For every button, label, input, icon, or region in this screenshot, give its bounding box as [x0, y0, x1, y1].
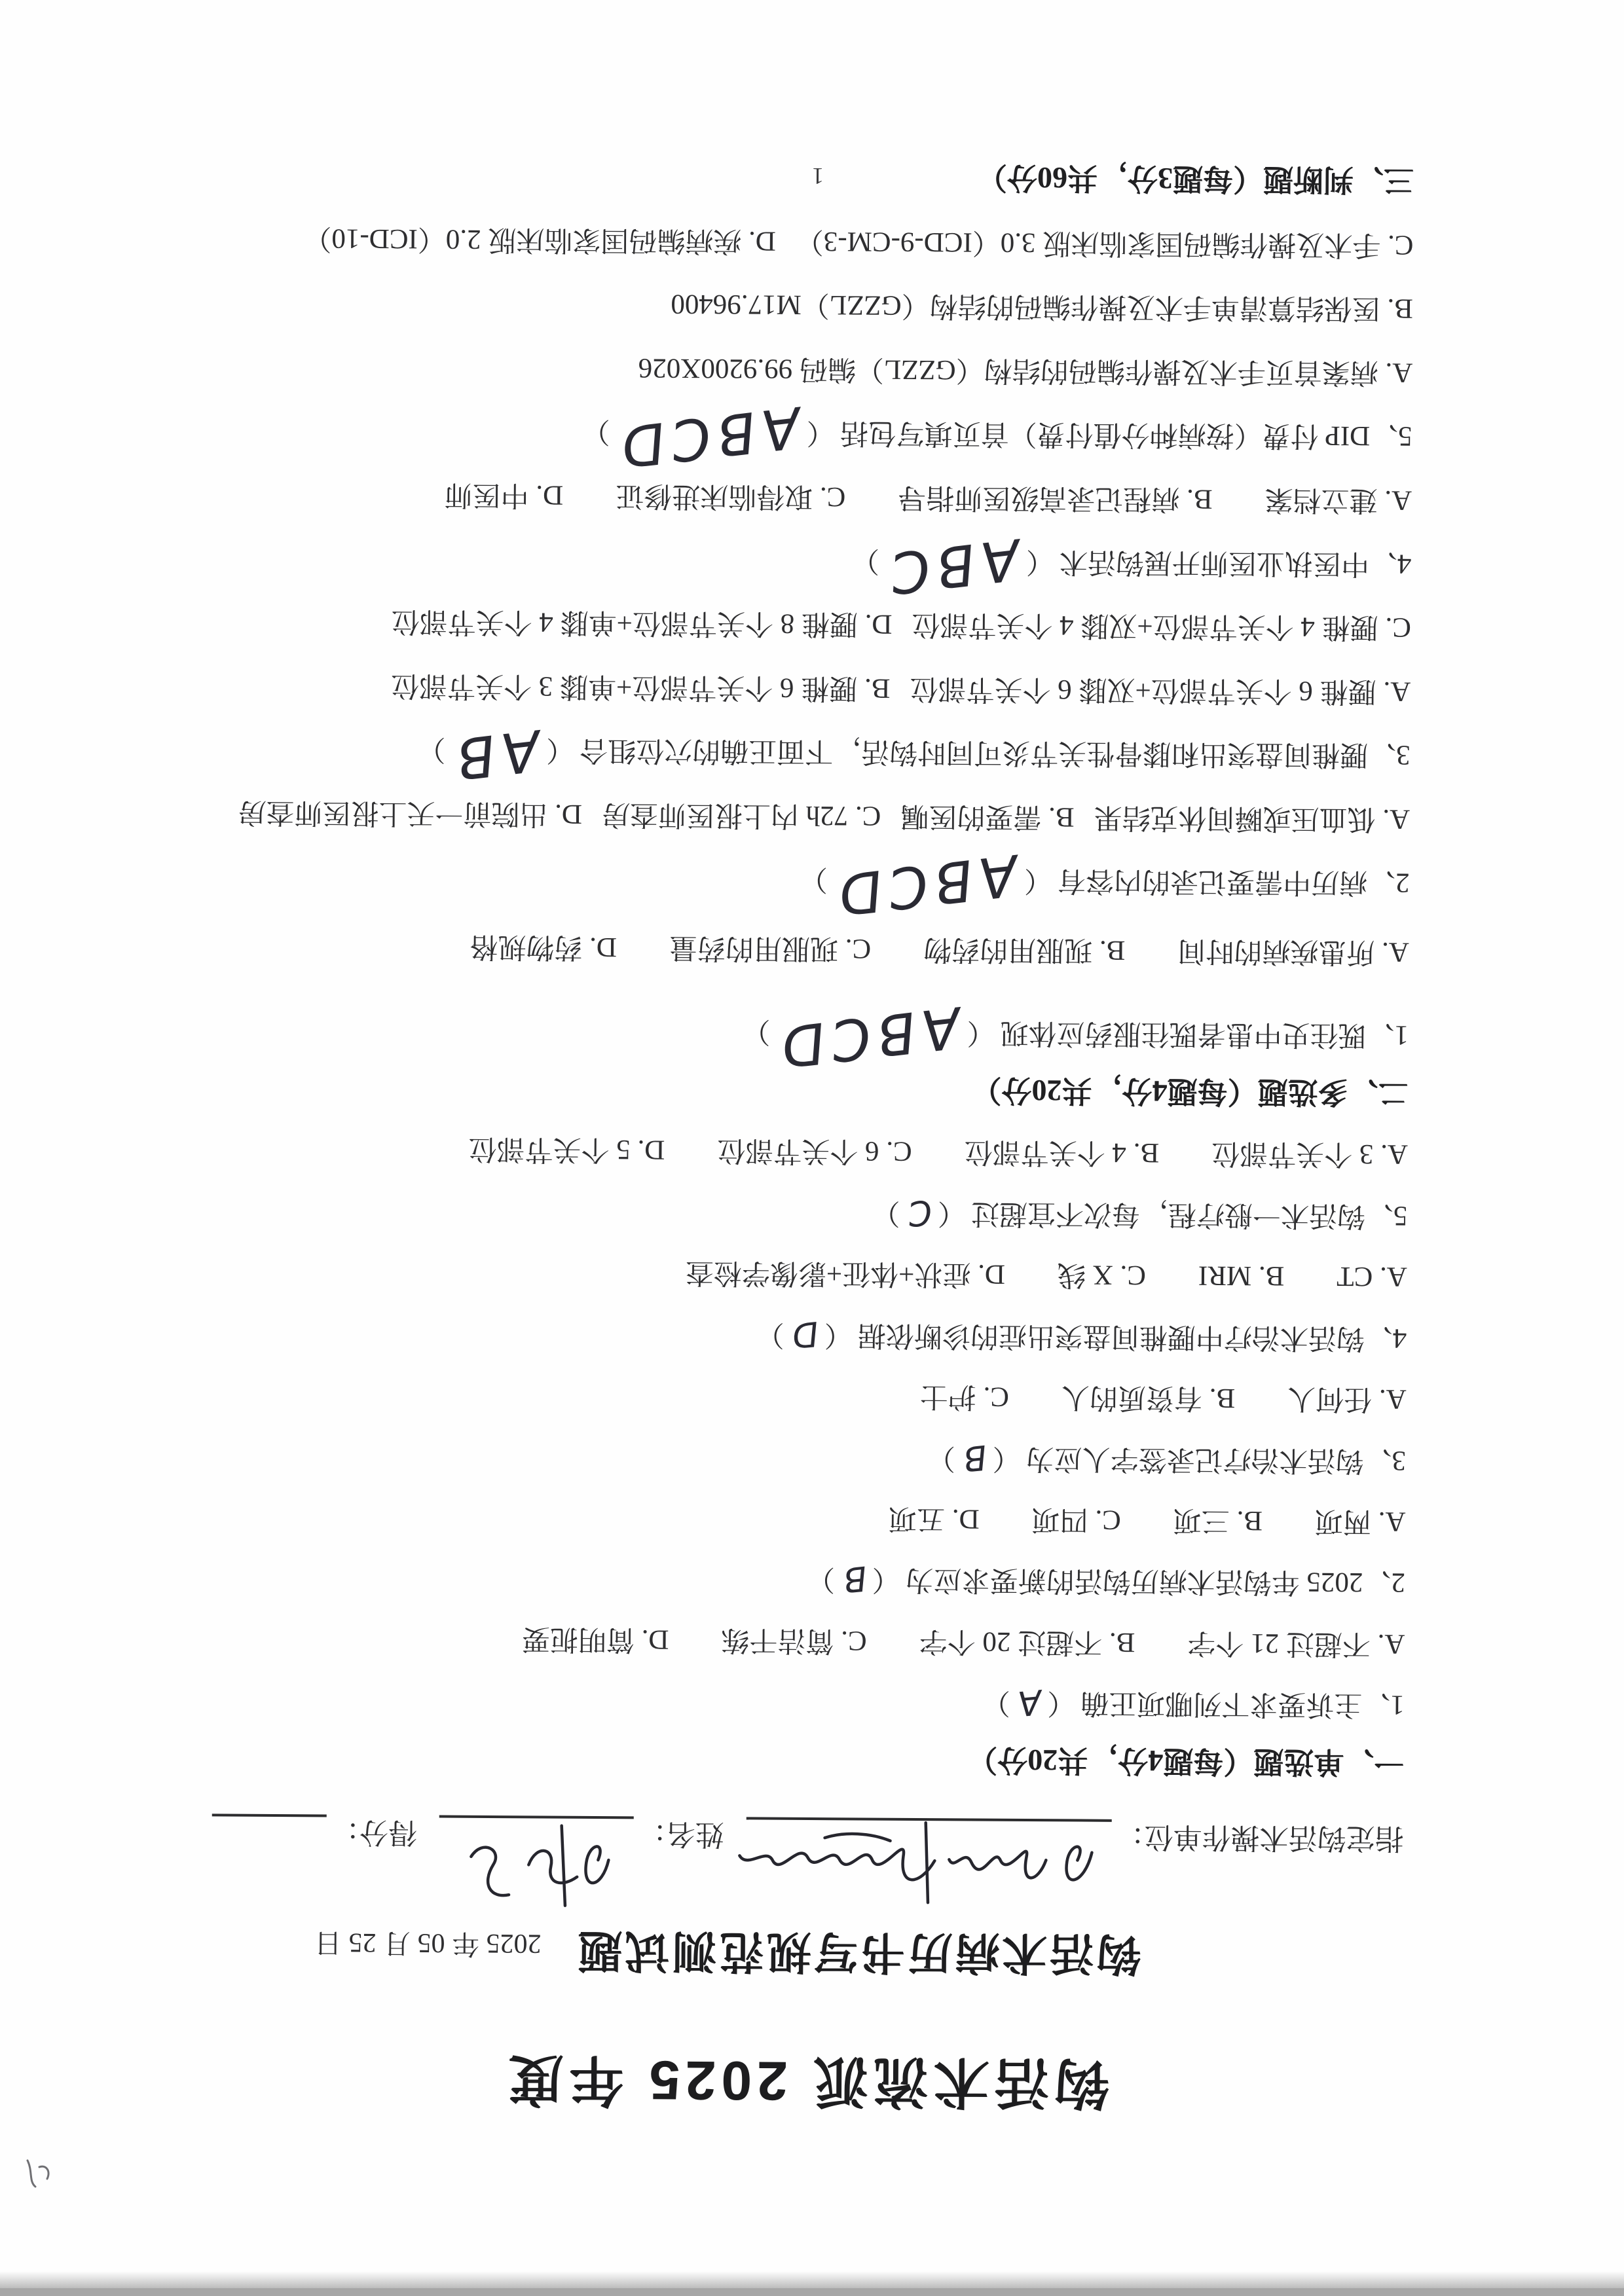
question-block: 1、既往史中患者既往服药应体现（ABCD）A. 所患疾病的时间B. 现服用的药物…: [217, 928, 1409, 1051]
question-stem: 5、DIP 付费（按病种分值付费）首页填写包括: [840, 417, 1412, 451]
option-row: A. 病案首页手术及操作编码的结构（GZZL）编码 99.9200X026: [221, 349, 1412, 389]
question-block: 2、病历中需要记录的内容有（ABCD）A. 低血压或瞬间休克结果B. 需要的医嘱…: [217, 795, 1410, 899]
sections: 一、单选题（每题4分，共20分）1、主诉要求下列哪项正确（A）A. 不超过 21…: [212, 155, 1414, 1779]
option-item: B. 医保结算清单手术及操作编码的结构（GZZL）M17.96400: [671, 287, 1413, 324]
question-stem-line: 5、钩活术一般疗程，每次不宜超过（C）: [215, 1192, 1407, 1232]
answer-handwritten: AB: [451, 749, 540, 759]
answer-handwritten: B: [840, 1578, 866, 1580]
question-block: 1、主诉要求下列哪项正确（A）A. 不超过 21 个字B. 不超过 20 个字C…: [213, 1620, 1405, 1721]
option-item: B. 现服用的药物: [923, 932, 1125, 966]
option-item: A. 建立档案: [1264, 483, 1412, 516]
question-stem-line: 1、主诉要求下列哪项正确（A）: [213, 1681, 1405, 1721]
option-item: C. 6 个关节部位: [717, 1134, 912, 1167]
answer-paren-close: ）: [846, 545, 885, 575]
candidate-info-row: 指定钩活术操作单位： 姓名： 得分：: [212, 1814, 1404, 1900]
answer-paren-open: （: [1042, 1687, 1080, 1718]
answer-paren-open: （: [541, 735, 580, 765]
scanner-edge-bar: [0, 2288, 1624, 2296]
answer-handwritten: D: [789, 1332, 819, 1335]
exam-document-rotated-180: 钩活术流派 2025 年度 钩活术病历书写规范测试题 2025 年 05 月 2…: [0, 0, 1624, 2296]
option-item: C. 腰椎 4 个关节部位+双膝 4 个关节部位: [912, 608, 1411, 644]
option-row: A. 两项B. 三项C. 四项D. 五项: [213, 1498, 1405, 1538]
question-block: 3、钩活术治疗记录签字人应为（B）A. 任何人B. 有资质的人C. 护士: [214, 1376, 1407, 1476]
option-item: A. 腰椎 6 个关节部位+双膝 6 个关节部位: [910, 672, 1411, 707]
option-item: D. 症状+体征+影像学检查: [686, 1256, 1005, 1290]
answer-handwritten: ABC: [885, 558, 1020, 574]
scanner-edge-shadow: [0, 2271, 1624, 2288]
option-item: B. 4 个关节部位: [965, 1135, 1160, 1169]
option-item: B. 需要的医嘱: [900, 799, 1074, 833]
question-stem-line: 3、钩活术治疗记录签字人应为（B）: [214, 1437, 1406, 1477]
answer-paren-close: ）: [794, 864, 833, 894]
option-item: B. 病程记录高级医师指导: [898, 481, 1212, 515]
question-stem: 4、中医执业医师开展钩活术: [1060, 546, 1412, 579]
question-stem-line: 2、病历中需要记录的内容有（ABCD）: [217, 859, 1409, 899]
question-stem: 2、2025 年钩活术病历钩活的新要求应为: [906, 1564, 1406, 1598]
option-row: A. 任何人B. 有资质的人C. 护士: [215, 1376, 1407, 1415]
question-stem-line: 1、既往史中患者既往服药应体现（ABCD）: [217, 1011, 1409, 1051]
handwritten-unit-signature: [720, 1802, 1107, 1926]
option-item: A. 任何人: [1287, 1382, 1407, 1415]
question-block: 5、钩活术一般疗程，每次不宜超过（C）A. 3 个关节部位B. 4 个关节部位C…: [215, 1131, 1408, 1231]
option-item: D. 药物规格: [470, 930, 617, 963]
option-item: B. 不超过 20 个字: [919, 1624, 1135, 1658]
option-row: A. 低血压或瞬间休克结果B. 需要的医嘱C. 72h 内上报医师查房D. 出院…: [218, 795, 1410, 835]
answer-paren-open: （: [867, 1564, 906, 1595]
option-item: C. 手术及操作编码国家临床版 3.0（ICD-9-CM-3）: [796, 225, 1414, 261]
option-item: D. 5 个关节部位: [468, 1133, 665, 1166]
question-block: 5、DIP 付费（按病种分值付费）首页填写包括（ABCD）A. 病案首页手术及操…: [221, 221, 1414, 452]
option-row: A. 不超过 21 个字B. 不超过 20 个字C. 简洁干练D. 简明扼要: [213, 1620, 1405, 1660]
question-block: 4、中医执业医师开展钩活术（ABC）A. 建立档案B. 病程记录高级医师指导C.…: [219, 477, 1412, 580]
unit-label: 指定钩活术操作单位：: [1111, 1819, 1403, 1854]
option-item: B. MRI: [1198, 1259, 1285, 1292]
answer-paren-open: （: [932, 1197, 971, 1228]
answer-paren-close: ）: [802, 1563, 840, 1594]
answer-handwritten: ABCD: [616, 426, 800, 448]
option-item: B. 有资质的人: [1061, 1381, 1235, 1414]
exam-date: 2025 年 05 月 25 日: [314, 1926, 542, 1959]
answer-paren-close: ）: [412, 734, 451, 765]
option-item: A. 所患疾病的时间: [1177, 934, 1409, 968]
question-block: 3、腰椎间盘突出和膝骨性关节炎可同时钩活，下面正确的穴位组合（AB）A. 腰椎 …: [219, 604, 1411, 771]
option-row: A. CTB. MRIC. X 线D. 症状+体征+影像学检查: [215, 1253, 1407, 1293]
option-item: D. 腰椎 8 个关节部位+单膝 4 个关节部位: [392, 605, 893, 640]
page-title-year: 钩活术流派 2025 年度: [210, 2046, 1403, 2117]
scanned-exam-sheet: 钩活术流派 2025 年度 钩活术病历书写规范测试题 2025 年 05 月 2…: [0, 0, 1624, 2296]
option-row: A. 3 个关节部位B. 4 个关节部位C. 6 个关节部位D. 5 个关节部位: [216, 1131, 1408, 1171]
question-stem: 3、腰椎间盘突出和膝骨性关节炎可同时钩活，下面正确的穴位组合: [580, 735, 1411, 771]
question-stem: 4、钩活术治疗中腰椎间盘突出症的诊断依据: [858, 1319, 1407, 1353]
answer-handwritten: ABCD: [833, 874, 1018, 896]
answer-paren-open: （: [961, 1017, 1000, 1048]
option-item: D. 出院前一天上报医师查房: [238, 795, 582, 830]
option-item: C. 简洁干练: [721, 1624, 866, 1657]
option-item: D. 简明扼要: [522, 1622, 669, 1656]
option-row: C. 手术及操作编码国家临床版 3.0（ICD-9-CM-3）D. 疾病编码国家…: [221, 221, 1413, 261]
answer-paren-open: （: [802, 417, 840, 448]
option-row: A. 所患疾病的时间B. 现服用的药物C. 现服用的药量D. 药物规格: [217, 928, 1409, 968]
option-item: A. 两项: [1315, 1504, 1406, 1537]
name-blank: [439, 1815, 634, 1855]
unit-blank: [747, 1817, 1112, 1857]
section-heading: 一、单选题（每题4分，共20分）: [212, 1738, 1404, 1779]
answer-paren-close: ）: [576, 416, 615, 446]
question-stem: 1、既往史中患者既往服药应体现: [1000, 1017, 1409, 1051]
exam-title-row: 钩活术病历书写规范测试题 2025 年 05 月 25 日: [211, 1923, 1403, 1981]
option-item: A. 3 个关节部位: [1211, 1137, 1408, 1171]
answer-paren-close: ）: [737, 1015, 775, 1046]
answer-paren-close: ）: [977, 1687, 1016, 1718]
answer-paren-open: （: [1021, 546, 1060, 577]
option-item: B. 腰椎 6 个关节部位+单膝 3 个关节部位: [391, 668, 891, 704]
question-stem-line: 3、腰椎间盘突出和膝骨性关节炎可同时钩活，下面正确的穴位组合（AB）: [219, 731, 1411, 771]
score-blank: [212, 1814, 327, 1853]
question-stem-line: 4、钩活术治疗中腰椎间盘突出症的诊断依据（D）: [215, 1315, 1407, 1355]
option-item: A. 低血压或瞬间休克结果: [1094, 801, 1410, 835]
stray-pen-mark: [20, 2151, 72, 2197]
option-item: D. 中医师: [444, 478, 563, 511]
question-stem: 2、病历中需要记录的内容有: [1058, 865, 1410, 898]
option-item: C. 现服用的药量: [669, 931, 871, 964]
option-item: C. 取得临床进修证: [616, 479, 845, 513]
option-item: D. 五项: [889, 1502, 980, 1535]
option-row: A. 建立档案B. 病程记录高级医师指导C. 取得临床进修证D. 中医师: [220, 477, 1412, 517]
option-item: A. 病案首页手术及操作编码的结构（GZZL）编码 99.9200X026: [638, 352, 1413, 389]
answer-handwritten: B: [961, 1456, 987, 1459]
option-item: C. X 线: [1058, 1258, 1146, 1291]
exam-section: 一、单选题（每题4分，共20分）1、主诉要求下列哪项正确（A）A. 不超过 21…: [212, 1131, 1408, 1779]
answer-paren-close: ）: [866, 1197, 905, 1228]
question-block: 4、钩活术治疗中腰椎间盘突出症的诊断依据（D）A. CTB. MRIC. X 线…: [215, 1253, 1407, 1354]
option-row: C. 腰椎 4 个关节部位+双膝 4 个关节部位D. 腰椎 8 个关节部位+单膝…: [219, 604, 1411, 644]
question-stem: 3、钩活术治疗记录签字人应为: [1025, 1443, 1406, 1476]
question-stem-line: 2、2025 年钩活术病历钩活的新要求应为（B）: [213, 1559, 1405, 1599]
option-item: A. 不超过 21 个字: [1187, 1626, 1405, 1660]
question-stem-line: 4、中医执业医师开展钩活术（ABC）: [219, 540, 1411, 580]
option-row: B. 医保结算清单手术及操作编码的结构（GZZL）M17.96400: [221, 285, 1413, 325]
answer-paren-open: （: [819, 1319, 858, 1350]
option-item: B. 三项: [1173, 1504, 1263, 1537]
question-stem: 5、钩活术一般疗程，每次不宜超过: [971, 1197, 1408, 1231]
name-label: 姓名：: [634, 1817, 724, 1850]
answer-paren-close: ）: [751, 1319, 790, 1349]
option-row: A. 腰椎 6 个关节部位+双膝 6 个关节部位B. 腰椎 6 个关节部位+单膝…: [219, 668, 1411, 708]
question-stem-line: 5、DIP 付费（按病种分值付费）首页填写包括（ABCD）: [221, 412, 1412, 452]
answer-paren-close: ）: [922, 1442, 961, 1473]
answer-handwritten: ABCD: [775, 1026, 960, 1048]
option-item: C. 72h 内上报医师查房: [602, 797, 881, 831]
handwritten-name-signature: [432, 1801, 629, 1923]
question-block: 2、2025 年钩活术病历钩活的新要求应为（B）A. 两项B. 三项C. 四项D…: [213, 1498, 1406, 1599]
option-item: C. 护士: [920, 1380, 1009, 1413]
answer-paren-open: （: [987, 1442, 1025, 1473]
option-item: D. 疾病编码国家临床版 2.0（ICD-10）: [303, 222, 776, 257]
answer-handwritten: C: [905, 1211, 932, 1214]
option-item: C. 四项: [1031, 1503, 1120, 1536]
page-title-exam: 钩活术病历书写规范测试题: [575, 1925, 1141, 1979]
answer-paren-open: （: [1019, 865, 1058, 896]
question-stem: 1、主诉要求下列哪项正确: [1080, 1688, 1405, 1721]
score-label: 得分：: [327, 1815, 417, 1848]
answer-handwritten: A: [1015, 1701, 1041, 1704]
option-item: A. CT: [1337, 1260, 1407, 1293]
exam-section: 二、多选题（每题4分，共20分）1、既往史中患者既往服药应体现（ABCD）A. …: [216, 221, 1413, 1110]
